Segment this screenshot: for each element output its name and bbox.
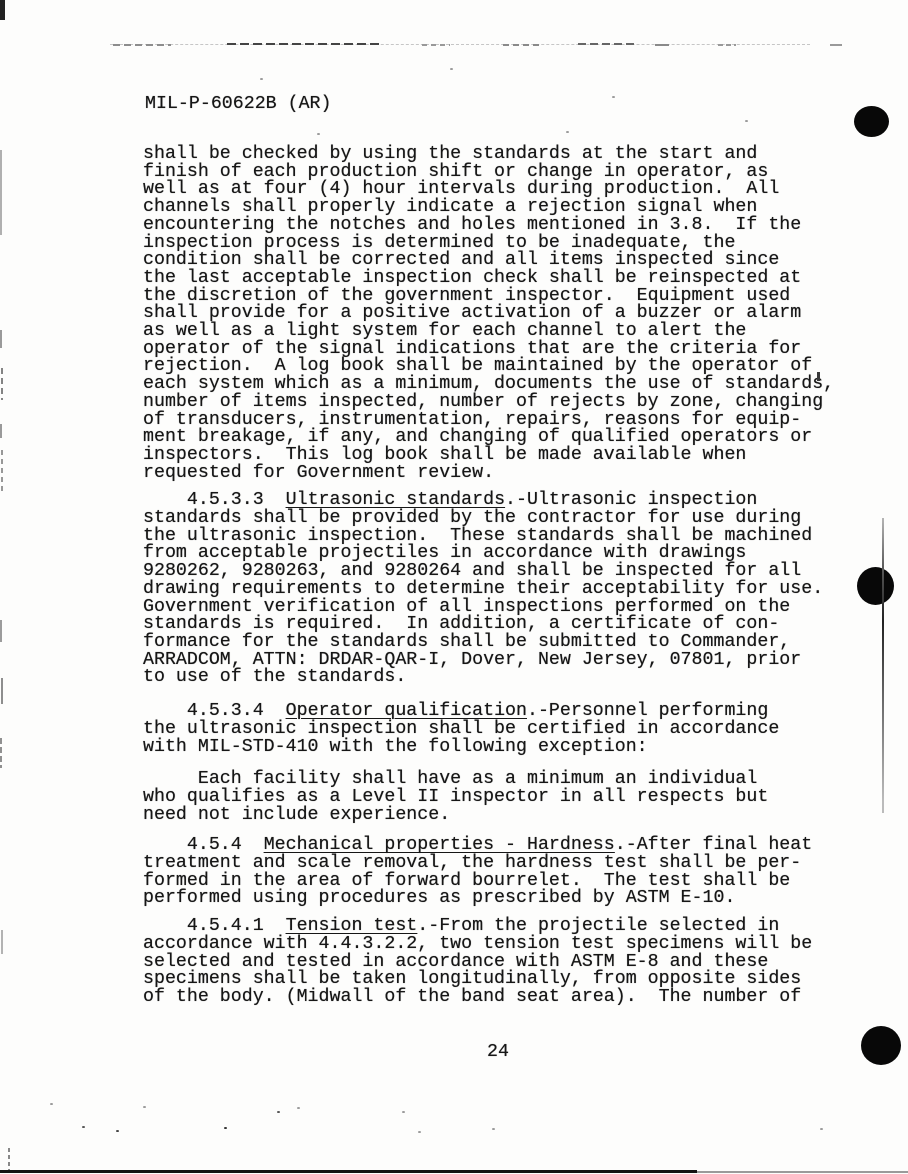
speckle — [566, 131, 569, 133]
scan-mark-left-edge — [0, 150, 2, 235]
speckle — [260, 78, 263, 80]
text-line: need not include experience. — [143, 807, 873, 825]
text-line: drawing requirements to determine their … — [143, 581, 873, 599]
speckle — [143, 1106, 146, 1108]
scan-mark-left-edge — [1, 450, 3, 494]
speckle — [418, 1131, 421, 1133]
scan-line-top-segment — [503, 44, 543, 46]
scan-line-top-segment — [113, 44, 171, 46]
speckle — [612, 96, 615, 98]
text-line: to use of the standards. — [143, 669, 873, 687]
scan-mark-left-edge — [1, 678, 3, 704]
document-body: shall be checked by using the standards … — [143, 146, 873, 1007]
scan-mark-left-edge — [0, 738, 2, 768]
scan-line-bottom-faint — [697, 1171, 908, 1173]
document-id-header: MIL-P-60622B (AR) — [145, 94, 332, 114]
speckle — [82, 1126, 85, 1128]
scan-line-right-vertical — [882, 518, 884, 813]
speckle — [492, 1128, 495, 1130]
scan-line-top-segment — [655, 44, 669, 46]
speckle — [402, 1111, 405, 1113]
text-line: inspectors. This log book shall be made … — [143, 447, 873, 465]
speckle — [277, 1111, 280, 1113]
para-4.5.3.3-ultrasonic-standards: 4.5.3.3 Ultrasonic standards.-Ultrasonic… — [143, 492, 873, 687]
scan-line-top-segment — [422, 44, 450, 46]
scan-mark-left-edge — [1, 368, 3, 400]
speckle — [745, 120, 748, 122]
speckle — [224, 1127, 227, 1129]
page-number: 24 — [487, 1042, 509, 1062]
scan-line-top-dashed — [110, 44, 810, 45]
text-line: the ultrasonic inspection shall be certi… — [143, 721, 873, 739]
scan-mark-right-small — [817, 372, 820, 381]
para-ultrasonic-inspection-continuation: shall be checked by using the standards … — [143, 146, 873, 482]
scan-line-top-segment — [227, 43, 383, 45]
scan-mark-left-edge — [0, 620, 2, 642]
speckle — [116, 1130, 119, 1132]
scan-mark-left-edge — [0, 330, 2, 348]
text-line: who qualifies as a Level II inspector in… — [143, 789, 873, 807]
speckle — [820, 1128, 823, 1130]
para-4.5.4-mechanical-properties-hardness: 4.5.4 Mechanical properties - Hardness.-… — [143, 837, 873, 908]
text-line: the last acceptable inspection check sha… — [143, 270, 873, 288]
text-line: of the body. (Midwall of the band seat a… — [143, 989, 873, 1007]
punch-hole-dot-bottom — [861, 1026, 901, 1065]
scan-line-bottom — [0, 1170, 697, 1173]
text-line: requested for Government review. — [143, 465, 873, 483]
speckle — [317, 133, 320, 135]
scanned-page: MIL-P-60622B (AR) shall be checked by us… — [0, 0, 908, 1174]
scan-line-top-segment — [830, 44, 842, 46]
speckle — [297, 1107, 300, 1109]
text-line: encountering the notches and holes menti… — [143, 217, 873, 235]
scan-mark-left-edge — [0, 424, 2, 438]
text-line: accordance with 4.4.3.2.2, two tension t… — [143, 936, 873, 954]
scan-line-top-segment — [718, 44, 736, 46]
scan-mark-left-edge — [8, 1148, 10, 1170]
scan-line-top-segment — [578, 43, 634, 45]
para-level-ii-exception: Each facility shall have as a minimum an… — [143, 771, 873, 824]
scan-mark-corner — [0, 0, 5, 20]
speckle — [450, 68, 453, 70]
text-line: performed using procedures as prescribed… — [143, 890, 873, 908]
para-4.5.3.4-operator-qualification: 4.5.3.4 Operator qualification.-Personne… — [143, 703, 873, 756]
text-line: number of items inspected, number of rej… — [143, 394, 873, 412]
speckle — [50, 1103, 53, 1105]
text-line: with MIL-STD-410 with the following exce… — [143, 739, 873, 757]
scan-mark-left-edge — [1, 930, 3, 954]
punch-hole-dot-middle — [857, 567, 894, 605]
para-4.5.4.1-tension-test: 4.5.4.1 Tension test.-From the projectil… — [143, 918, 873, 1007]
punch-hole-dot-top — [854, 106, 889, 137]
